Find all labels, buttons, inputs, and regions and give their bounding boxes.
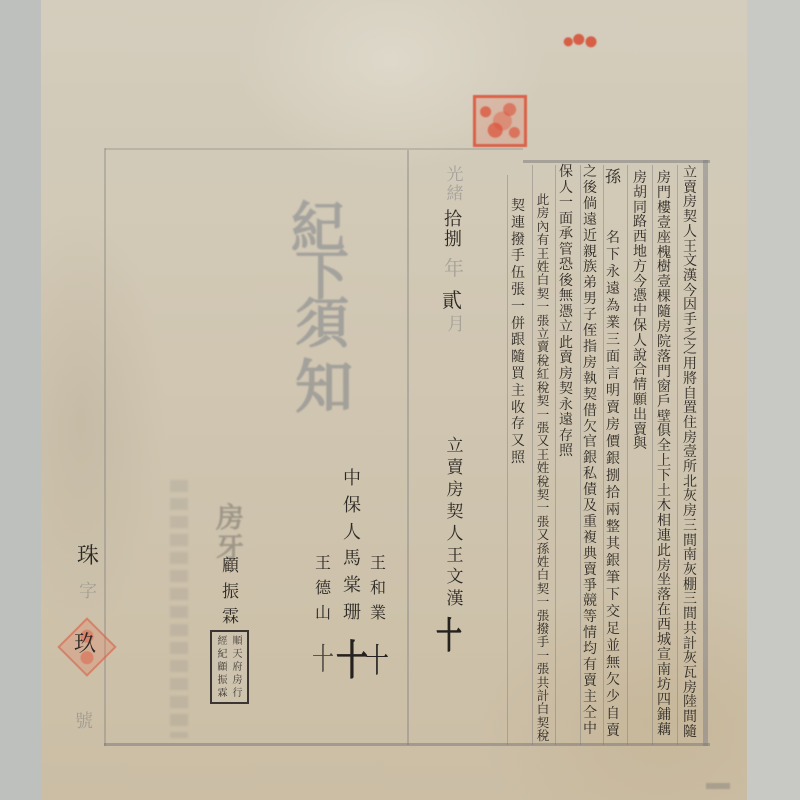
column-rule <box>580 165 581 745</box>
seller-mark: 十 <box>435 613 463 661</box>
serial-char: 號 <box>74 712 94 732</box>
square-red-seal <box>473 95 527 147</box>
date-era-char: 光 <box>446 166 464 184</box>
small-red-seal <box>563 33 598 49</box>
serial-char: 玖 <box>73 633 97 657</box>
archive-id-label <box>706 783 730 789</box>
guarantor-label: 中保人 <box>343 468 361 543</box>
column-rule <box>507 175 508 745</box>
broker-stamp: 順天府房行 經紀顧振霖 <box>210 630 249 704</box>
broker-name: 顧振霖 <box>221 554 240 631</box>
date-era-char: 緒 <box>446 185 464 203</box>
frame-top-left-rule <box>105 148 523 150</box>
date-year-unit: 年 <box>443 257 465 279</box>
body-column-4-head: 孫 <box>604 168 622 185</box>
guarantor-primary-line: 中保人馬棠珊 <box>342 466 362 627</box>
column-rule <box>555 165 556 745</box>
column-rule <box>652 165 653 745</box>
scan-background-right <box>747 0 800 800</box>
body-column-2: 房門樓壹座槐樹壹棵隨房院落門窗戶壁俱全上下土木相連此房坐落在西城宣南坊四鋪藕 <box>656 171 672 737</box>
printed-stamp-char: 知 <box>294 358 354 416</box>
guarantor-primary-name: 馬棠珊 <box>343 548 361 623</box>
broker-stamp-line: 經紀顧振霖 <box>217 635 228 700</box>
broker-stamp-line: 順天府房行 <box>232 635 243 700</box>
seller-label: 立賣房契人 <box>447 436 464 544</box>
date-year-char: 拾 <box>443 210 463 230</box>
guarantor-mark: 十 <box>363 637 391 685</box>
faded-printed-column <box>170 480 188 738</box>
serial-char: 字 <box>78 582 98 602</box>
body-column-7: 此房內有王姓白契一張立賣稅紅稅契一張又王姓稅契一張又孫姓白契一張撥手一張共計白契… <box>536 193 550 743</box>
date-month: 貳 <box>441 289 463 311</box>
body-column-5: 之後倘遠近親族弟男子侄指房執契借欠官銀私債及重複典賣爭競等情均有賣主仝中 <box>582 165 598 738</box>
column-rule <box>677 165 678 745</box>
guarantor-name: 王和業 <box>369 550 387 625</box>
body-column-4: 名下永遠為業三面言明賣房價銀捌拾兩整其銀筆下交足並無欠少自賣 <box>605 230 621 740</box>
serial-char: 珠 <box>76 545 100 569</box>
seller-line: 立賣房契人王文漢 <box>445 436 465 611</box>
guarantor-name: 王德山 <box>314 550 332 625</box>
column-rule <box>627 165 628 745</box>
body-column-8: 契連撥手伍張一併跟隨買主收存又照 <box>510 198 526 467</box>
seller-name: 王文漢 <box>447 546 464 610</box>
printed-stamp-char: 須 <box>292 296 352 350</box>
body-column-3: 房胡同路西地方今憑中保人說合情願出賣與 <box>632 171 648 452</box>
frame-top-right-rule <box>523 160 710 163</box>
frame-right-border <box>703 160 708 746</box>
body-column-6: 保人一面承管恐後無憑立此賣房契永遠存照 <box>558 165 574 460</box>
date-month-unit: 月 <box>446 315 466 335</box>
body-column-1: 立賣房契人王文漢今因手乏之用將自置住房壹所北灰房三間南灰棚三間共計灰瓦房陸間隨 <box>682 166 698 739</box>
broker-label: 房 <box>214 503 246 533</box>
column-rule <box>532 165 533 745</box>
frame-divider-rule <box>407 150 409 745</box>
date-year-char: 捌 <box>443 230 463 250</box>
column-rule <box>603 165 604 745</box>
guarantor-mark: 十 <box>310 639 336 684</box>
